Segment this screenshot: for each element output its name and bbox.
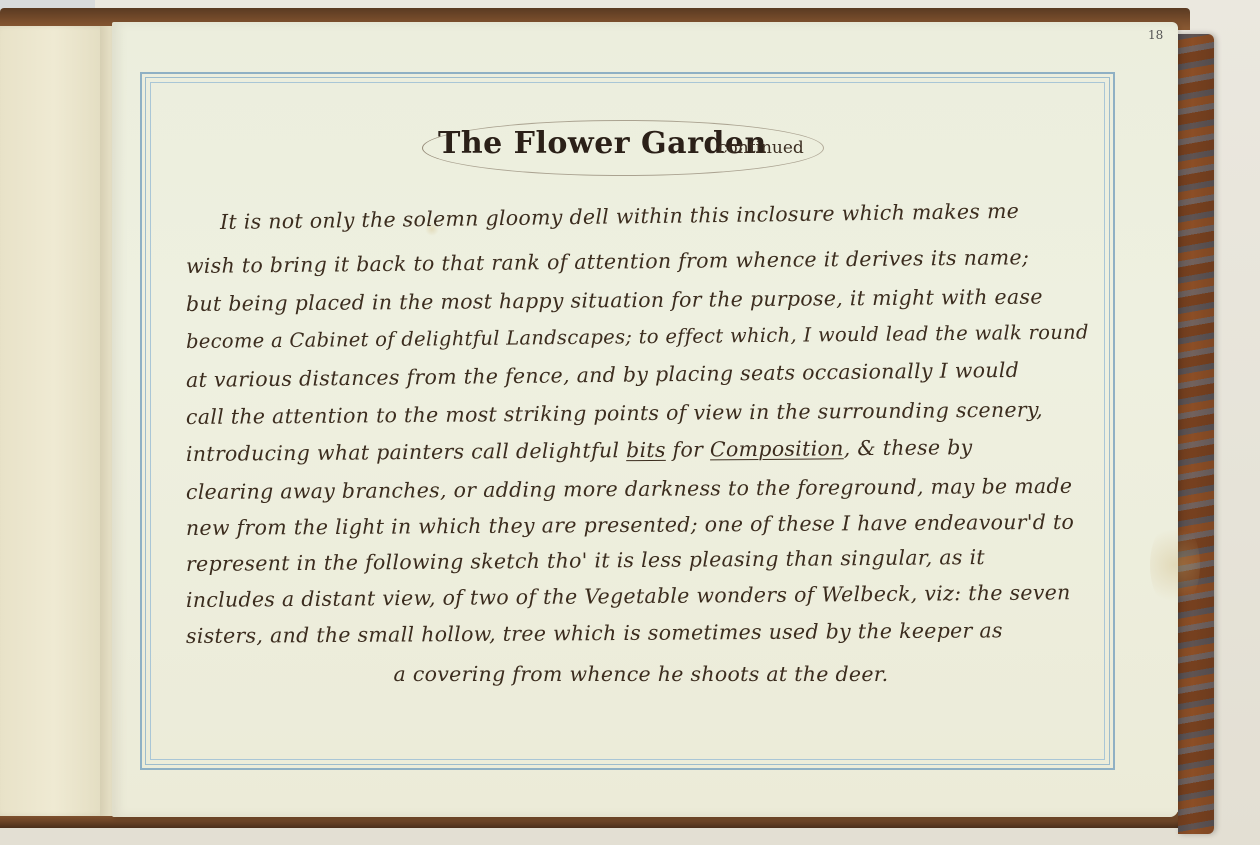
underlined-word-composition: Composition (710, 436, 844, 461)
text-line-13: a covering from whence he shoots at the … (186, 662, 1096, 686)
underlined-word-bits: bits (626, 438, 666, 462)
text-line-7-middle: for (666, 437, 710, 461)
page-number: 18 (1148, 28, 1163, 42)
heading-subtitle: continued (718, 138, 804, 158)
left-page-blank (0, 26, 108, 816)
paper-stain (1150, 520, 1200, 610)
marbled-fore-edge (1178, 34, 1214, 834)
text-line-7-end: , & these by (844, 435, 973, 460)
page-heading: The Flower Garden continued (400, 112, 850, 182)
text-line-7-start: introducing what painters call delightfu… (186, 438, 626, 466)
